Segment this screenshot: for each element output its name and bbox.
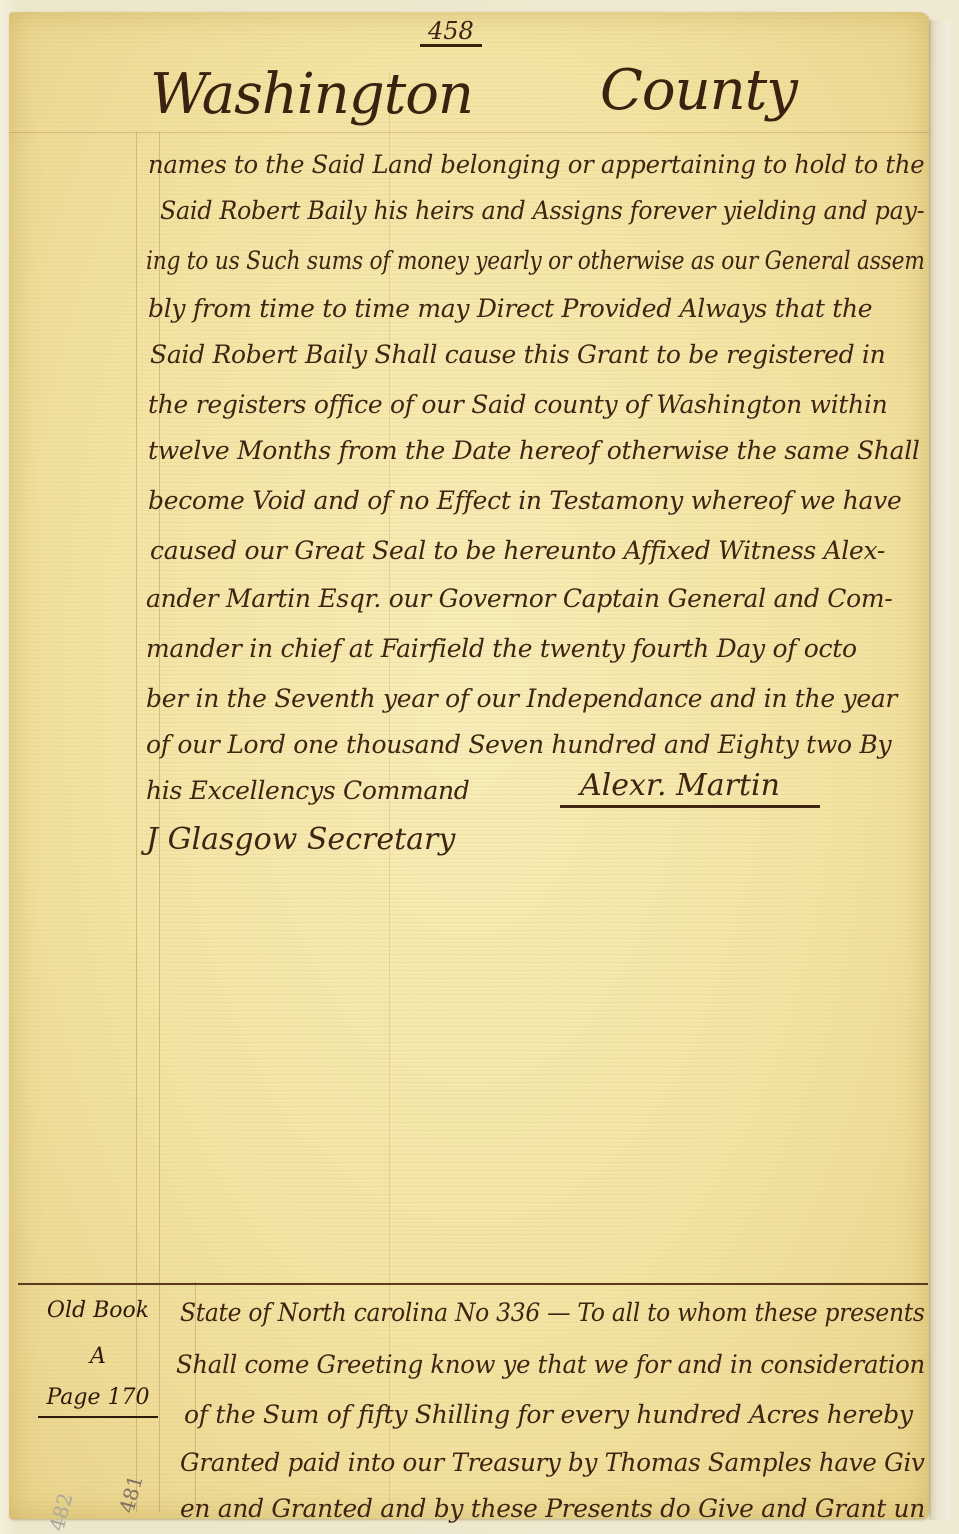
entry-divider	[18, 1283, 928, 1285]
entry-line: the registers office of our Said county …	[148, 390, 887, 419]
entry-line: caused our Great Seal to be hereunto Aff…	[150, 536, 885, 565]
entry-line: ing to us Such sums of money yearly or o…	[146, 246, 925, 275]
entry-line: bly from time to time may Direct Provide…	[148, 294, 872, 323]
margin-note-line: A	[38, 1334, 158, 1380]
entry-line: become Void and of no Effect in Testamon…	[148, 486, 901, 515]
page-edge	[929, 20, 951, 1520]
page-number: 458	[420, 18, 482, 47]
county-name-heading: Washington	[150, 62, 473, 127]
entry-line: names to the Said Land belonging or appe…	[148, 150, 924, 179]
grant-line: Granted paid into our Treasury by Thomas…	[180, 1448, 925, 1477]
grant-line: en and Granted and by these Presents do …	[180, 1494, 925, 1523]
governor-signature: Alexr. Martin	[560, 768, 820, 808]
entry-line: Said Robert Baily his heirs and Assigns …	[160, 196, 924, 225]
secretary-signature: J Glasgow Secretary	[146, 822, 455, 857]
entry-line: ander Martin Esqr. our Governor Captain …	[146, 584, 892, 613]
entry-line: of our Lord one thousand Seven hundred a…	[146, 730, 891, 759]
entry-line: twelve Months from the Date hereof other…	[148, 436, 920, 465]
entry-line: Said Robert Baily Shall cause this Grant…	[150, 340, 885, 369]
grant-line: Shall come Greeting know ye that we for …	[176, 1350, 925, 1379]
header-rule	[9, 132, 929, 133]
margin-note-line: Page 170	[38, 1380, 158, 1418]
entry-line: mander in chief at Fairfield the twenty …	[146, 634, 857, 663]
grant-line: State of North carolina No 336 — To all …	[180, 1298, 925, 1327]
county-label-heading: County	[600, 58, 797, 123]
margin-note-book: Old Book A Page 170	[38, 1288, 158, 1418]
grant-line: of the Sum of fifty Shilling for every h…	[184, 1400, 913, 1429]
margin-note-line: Old Book	[38, 1288, 158, 1334]
entry-line: ber in the Seventh year of our Independa…	[146, 684, 897, 713]
attestation-line: his Excellencys Command	[146, 776, 470, 805]
